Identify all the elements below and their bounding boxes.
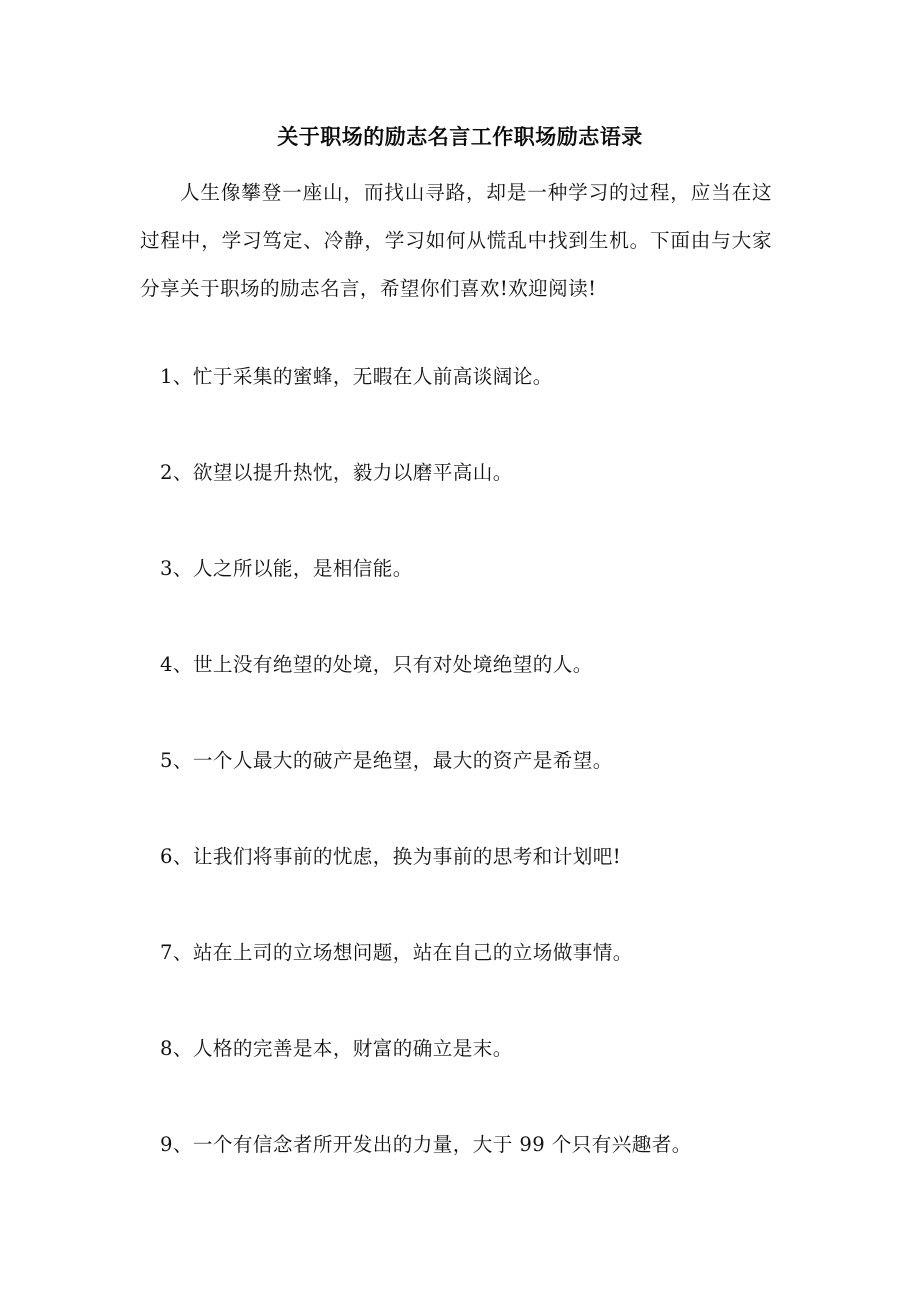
list-item: 8、人格的完善是本，财富的确立是末。 xyxy=(160,1033,800,1129)
list-item: 1、忙于采集的蜜蜂，无暇在人前高谈阔论。 xyxy=(160,361,800,457)
list-item: 2、欲望以提升热忱，毅力以磨平高山。 xyxy=(160,457,800,553)
list-item: 9、一个有信念者所开发出的力量，大于 99 个只有兴趣者。 xyxy=(160,1129,800,1225)
list-item: 7、站在上司的立场想问题，站在自己的立场做事情。 xyxy=(160,937,800,1033)
page-title: 关于职场的励志名言工作职场励志语录 xyxy=(0,121,920,153)
quote-list: 1、忙于采集的蜜蜂，无暇在人前高谈阔论。 2、欲望以提升热忱，毅力以磨平高山。 … xyxy=(160,361,800,1225)
list-item: 5、一个人最大的破产是绝望，最大的资产是希望。 xyxy=(160,745,800,841)
intro-paragraph: 人生像攀登一座山，而找山寻路，却是一种学习的过程，应当在这过程中，学习笃定、冷静… xyxy=(140,169,772,313)
list-item: 3、人之所以能，是相信能。 xyxy=(160,553,800,649)
list-item: 6、让我们将事前的忧虑，换为事前的思考和计划吧! xyxy=(160,841,800,937)
list-item: 4、世上没有绝望的处境，只有对处境绝望的人。 xyxy=(160,649,800,745)
document-page: 关于职场的励志名言工作职场励志语录 人生像攀登一座山，而找山寻路，却是一种学习的… xyxy=(0,0,920,1302)
